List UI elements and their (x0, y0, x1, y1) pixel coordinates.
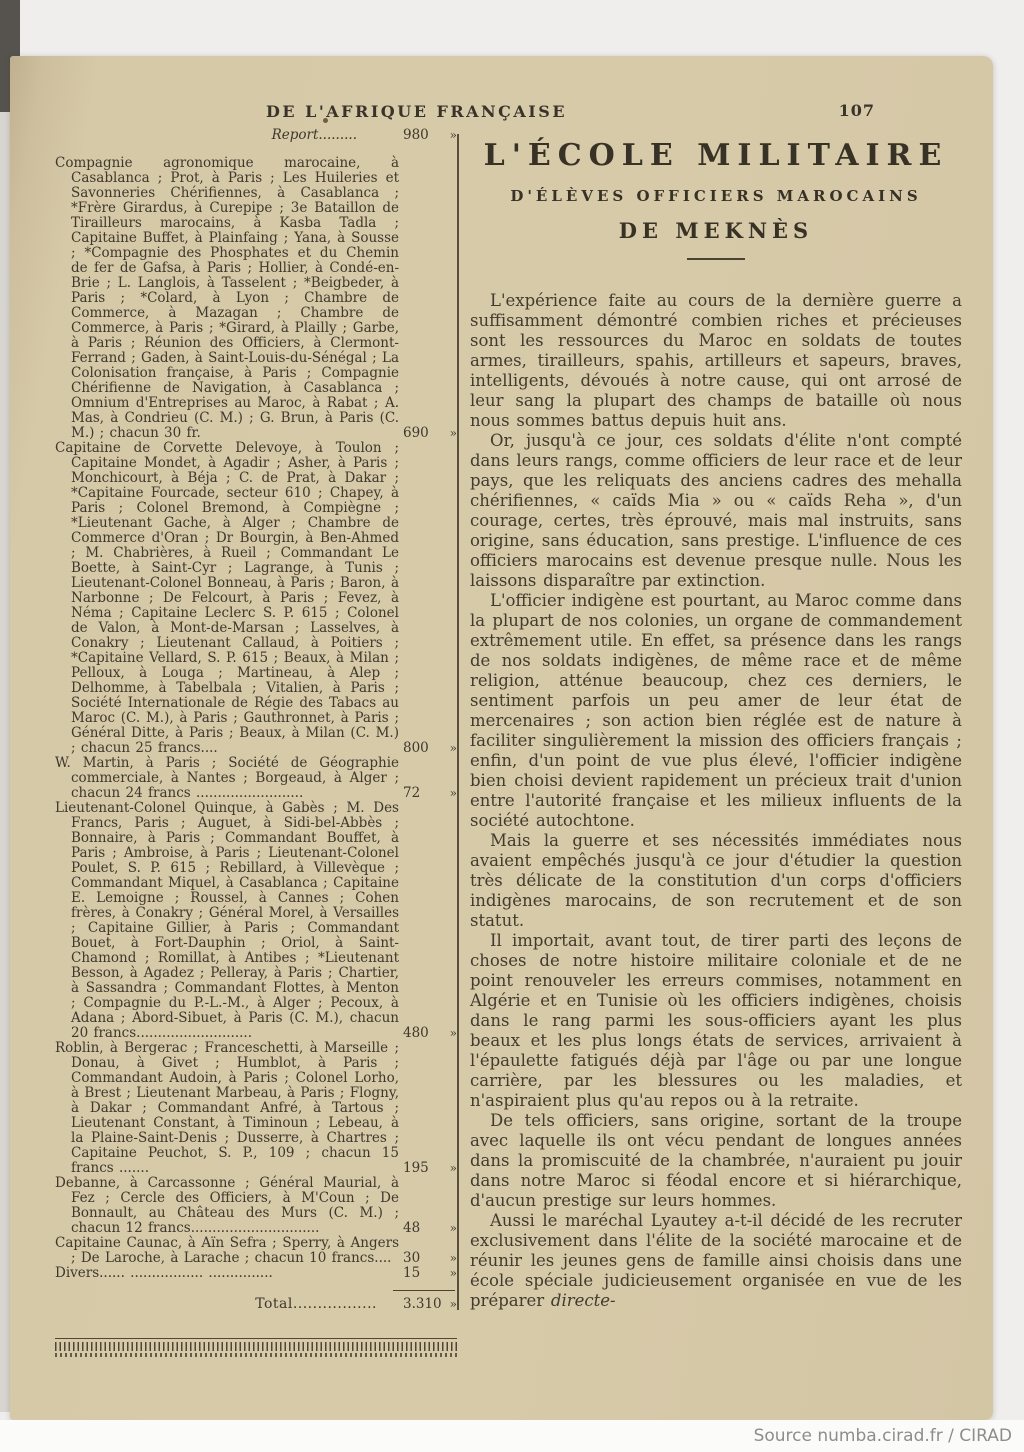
ledger-entry-amount: 72 » (403, 786, 457, 801)
scanned-document-page: { "colors": { "paper": "#d6c9a8", "ink":… (0, 0, 1024, 1452)
journal-title: DE L'AFRIQUE FRANÇAISE (10, 102, 823, 121)
ledger-entry-text: Debanne, à Carcassonne ; Général Maurial… (55, 1176, 403, 1236)
article-paragraph: Mais la guerre et ses nécessités immédia… (470, 831, 962, 931)
article-paragraph: L'officier indigène est pourtant, au Mar… (470, 591, 962, 831)
ledger-entry: Capitaine de Corvette Delevoye, à Toulon… (55, 441, 457, 756)
total-label: Total................. (55, 1296, 403, 1312)
ledger-entries: Compagnie agronomique marocaine, à Casab… (55, 156, 457, 1281)
book-page: DE L'AFRIQUE FRANÇAISE 107 Report.......… (10, 56, 993, 1420)
section-end-ornament (55, 1338, 457, 1357)
ledger-entry: Roblin, à Bergerac ; Franceschetti, à Ma… (55, 1041, 457, 1176)
page-number: 107 (839, 101, 875, 120)
scan-footer-bar: Source numba.cirad.fr / CIRAD (0, 1420, 1024, 1452)
ledger-entry-text: Compagnie agronomique marocaine, à Casab… (55, 156, 403, 441)
ledger-entry-amount: 480 » (403, 1026, 457, 1041)
article-paragraph: L'expérience faite au cours de la derniè… (470, 291, 962, 431)
ledger-total-row: Total................. 3.310 » (55, 1296, 457, 1312)
ledger-entry-amount: 48 » (403, 1221, 457, 1236)
article-subtitle-2: DE MEKNÈS (470, 218, 962, 243)
article-paragraph: Or, jusqu'à ce jour, ces soldats d'élite… (470, 431, 962, 591)
article-title: L'ÉCOLE MILITAIRE (470, 138, 962, 173)
ledger-entry-text: Lieutenant-Colonel Quinque, à Gabès ; M.… (55, 801, 403, 1041)
report-amount: 980 » (403, 128, 457, 143)
source-attribution: Source numba.cirad.fr / CIRAD (754, 1426, 1012, 1446)
ledger-entry-text: Divers...... ................. .........… (55, 1266, 403, 1281)
ledger-entry-text: Roblin, à Bergerac ; Franceschetti, à Ma… (55, 1041, 403, 1176)
ledger-entry: Lieutenant-Colonel Quinque, à Gabès ; M.… (55, 801, 457, 1041)
ledger-entry-amount: 195 » (403, 1161, 457, 1176)
ledger-entry: Debanne, à Carcassonne ; Général Maurial… (55, 1176, 457, 1236)
ledger-entry: W. Martin, à Paris ; Société de Géograph… (55, 756, 457, 801)
ledger-entry-text: Capitaine de Corvette Delevoye, à Toulon… (55, 441, 403, 756)
article-subtitle: D'ÉLÈVES OFFICIERS MAROCAINS (470, 187, 962, 205)
total-amount: 3.310 » (403, 1297, 457, 1312)
article-paragraph: Aussi le maréchal Lyautey a-t-il décidé … (470, 1211, 962, 1311)
article-body: L'expérience faite au cours de la derniè… (470, 291, 962, 1311)
ledger-entry-amount: 800 » (403, 741, 457, 756)
ledger-entry-text: W. Martin, à Paris ; Société de Géograph… (55, 756, 403, 801)
ledger-entry: Compagnie agronomique marocaine, à Casab… (55, 156, 457, 441)
article-column: L'ÉCOLE MILITAIRE D'ÉLÈVES OFFICIERS MAR… (470, 138, 962, 1311)
article-paragraph: De tels officiers, sans origine, sortant… (470, 1111, 962, 1211)
ledger-entry: Capitaine Caunac, à Aïn Sefra ; Sperry, … (55, 1236, 457, 1266)
ink-spot (323, 118, 328, 123)
ledger-entry: Divers...... ................. .........… (55, 1266, 457, 1281)
ledger-entry-amount: 30 » (403, 1251, 457, 1266)
column-divider-rule (457, 134, 459, 1310)
total-sum-rule (393, 1290, 455, 1291)
ledger-entry-amount: 15 » (403, 1266, 457, 1281)
article-paragraph: Il importait, avant tout, de tirer parti… (470, 931, 962, 1111)
subscription-ledger-column: Report......... 980 » Compagnie agronomi… (55, 128, 457, 1357)
title-rule (687, 258, 745, 260)
ledger-entry-amount: 690 » (403, 426, 457, 441)
ledger-entry-text: Capitaine Caunac, à Aïn Sefra ; Sperry, … (55, 1236, 403, 1266)
report-label: Report......... (55, 128, 403, 143)
italic-word: directe- (551, 1291, 616, 1310)
report-carried-forward-row: Report......... 980 » (55, 128, 457, 143)
